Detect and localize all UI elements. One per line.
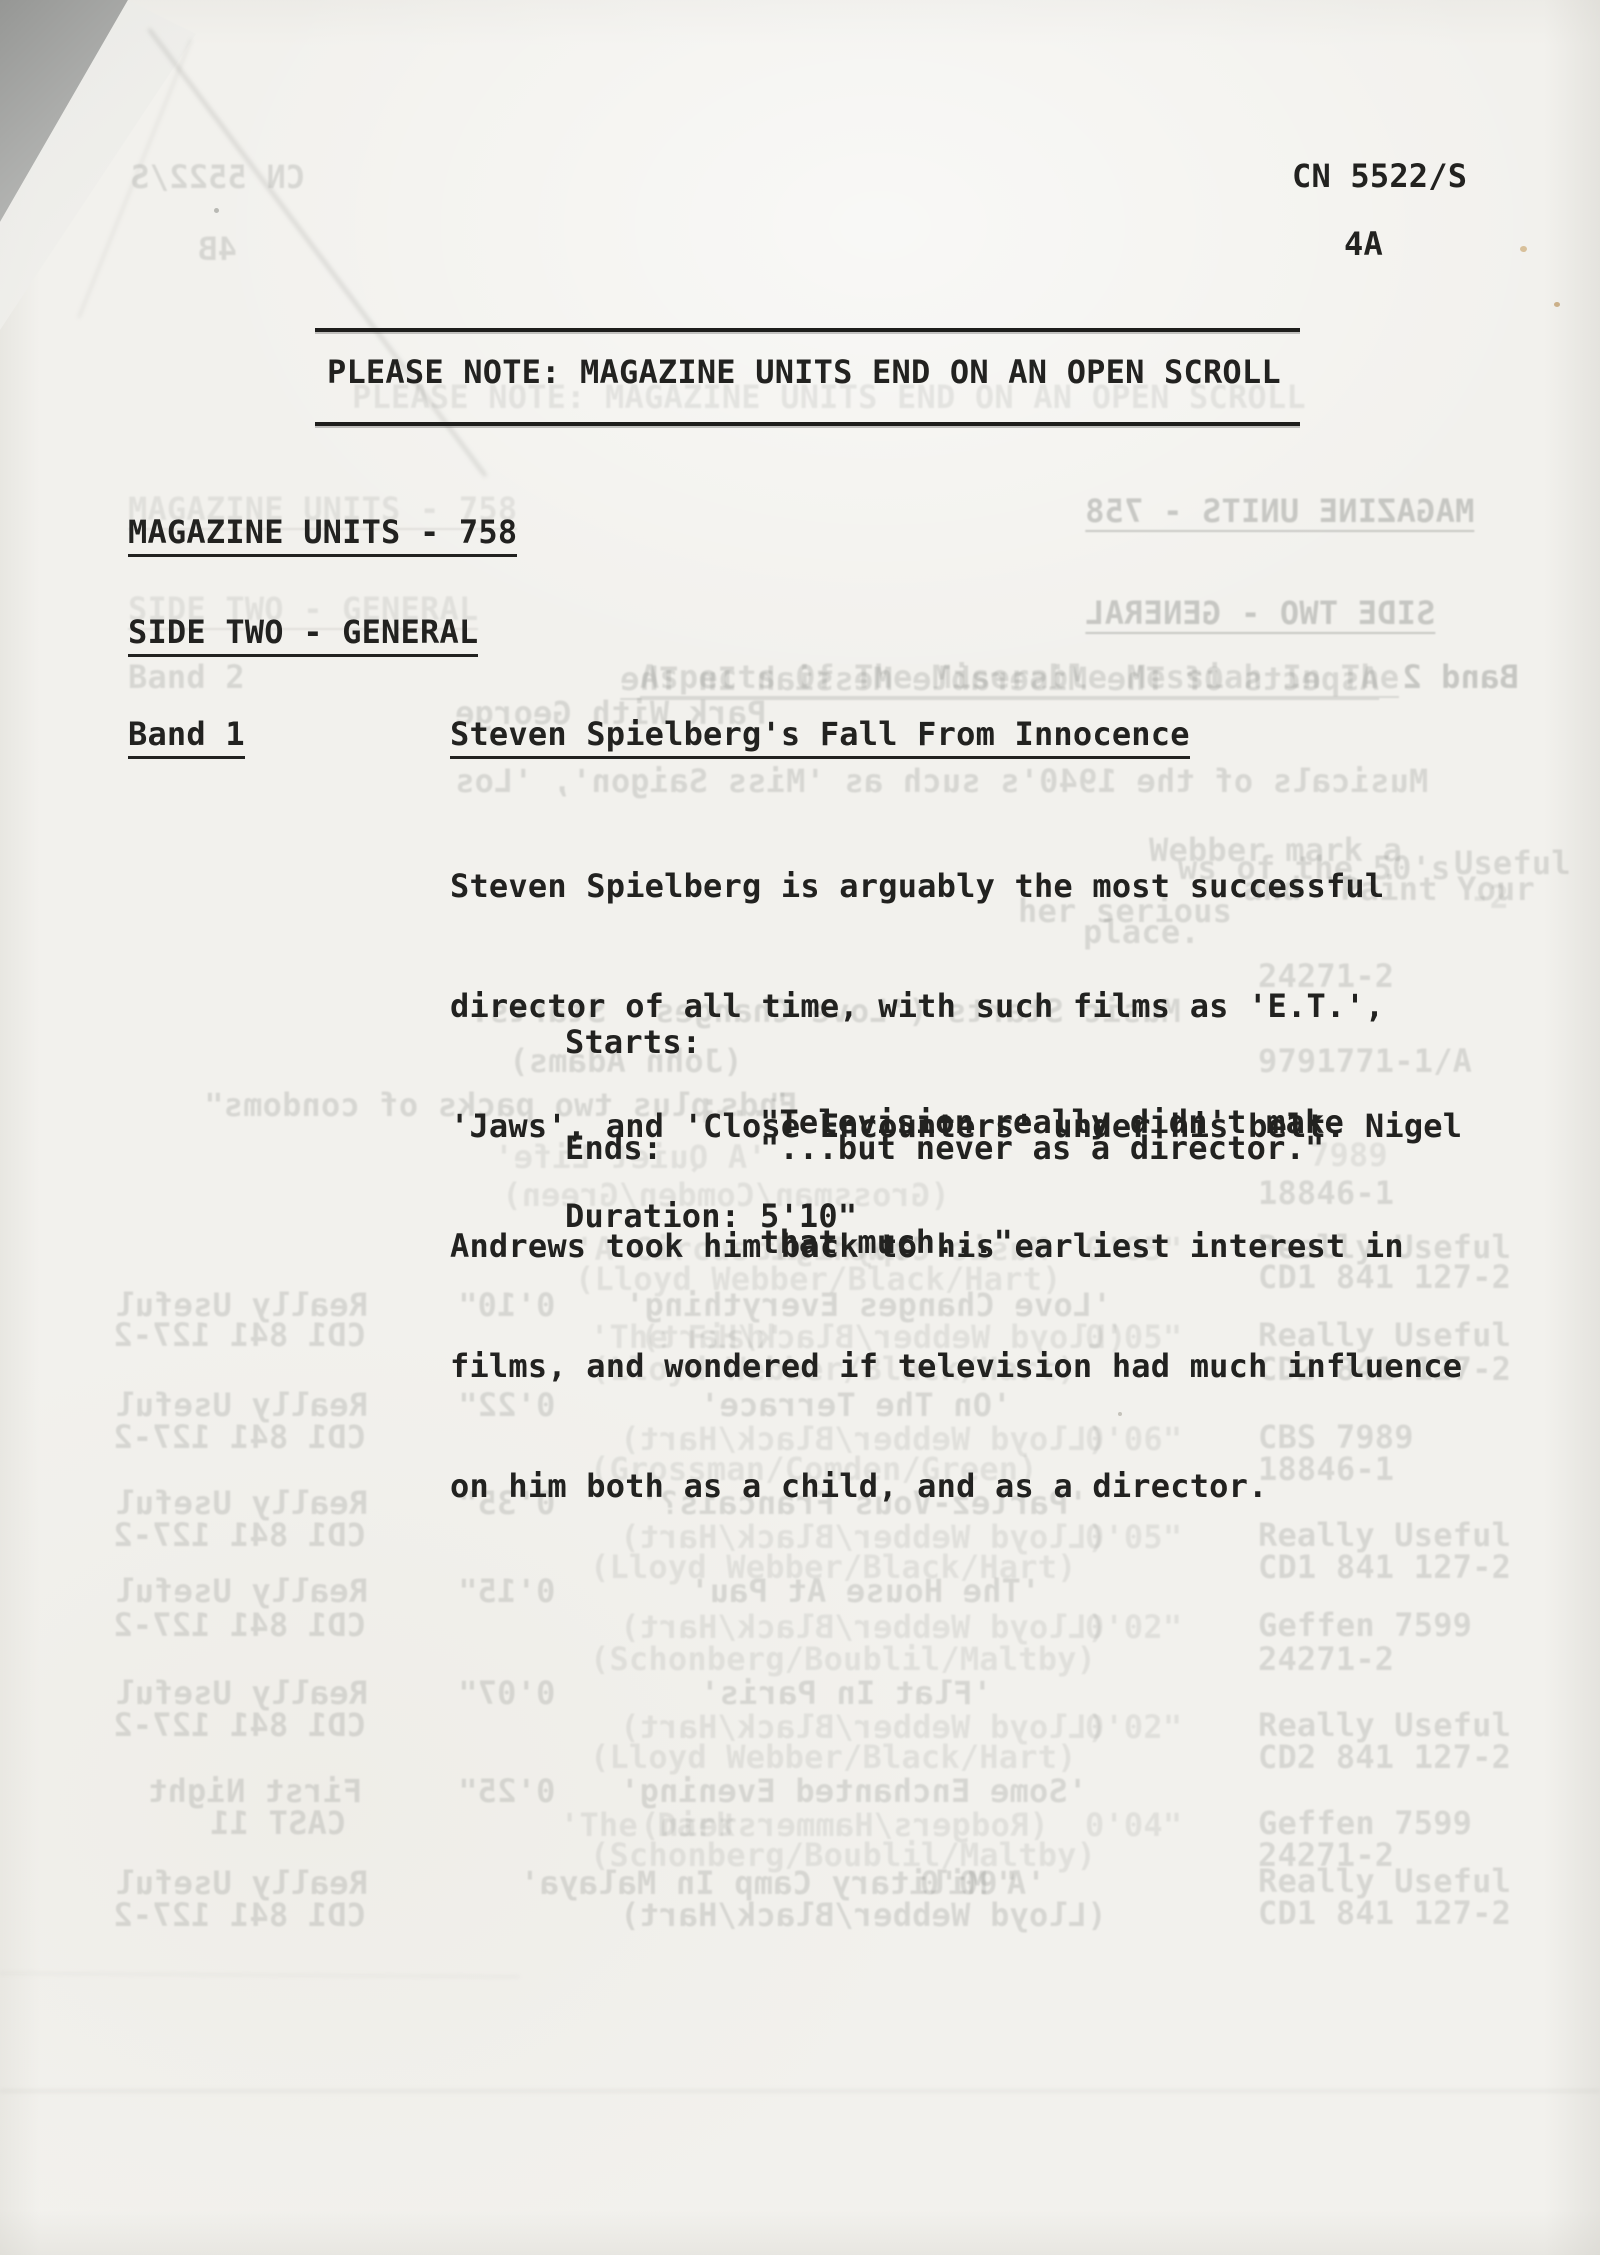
ghost-text: 'Some Enchanted Evening' <box>620 1774 1087 1808</box>
ends-label: Ends: <box>565 1128 662 1168</box>
notice-text: PLEASE NOTE: MAGAZINE UNITS END ON AN OP… <box>327 352 1281 392</box>
ghost-text: Really Useful <box>115 1486 368 1520</box>
ghost-text: Band 2 <box>128 660 245 694</box>
starts-label: Starts: <box>565 1022 701 1062</box>
ghost-text: Really Useful <box>115 1676 368 1710</box>
ghost-text: CD1 841 127-2 <box>113 1518 366 1552</box>
document-title: MAGAZINE UNITS - 758 <box>128 513 517 557</box>
ghost-text: CD1 841 127-2 <box>113 1420 366 1454</box>
ghost-text: (Lloyd Webber/Black/Hart) <box>620 1610 1107 1644</box>
ghost-text: Really Useful <box>115 1574 368 1608</box>
scanned-document-page: { "page": { "paper_color": "#f2f1ed", "i… <box>0 0 1600 2255</box>
crease-line <box>0 2090 1600 2092</box>
ghost-text: 'The House At Pau' <box>690 1574 1040 1608</box>
ghost-text: 0'04" <box>1085 1808 1182 1842</box>
notice-rule-top <box>315 328 1300 332</box>
ghost-text: CAST 11 <box>210 1806 346 1840</box>
paragraph-line: films, and wondered if television had mu… <box>450 1346 1462 1386</box>
ghost-text: SIDE TWO - GENERAL <box>1085 596 1435 634</box>
ghost-text: 24271-2 <box>1258 1642 1394 1676</box>
ghost-text: CD1 841 127-2 <box>113 1318 366 1352</box>
ghost-text: Really Useful <box>115 1388 368 1422</box>
ghost-text: (Lloyd Webber/Black/Hart) <box>590 1740 1077 1774</box>
paragraph-line: Steven Spielberg is arguably the most su… <box>450 866 1462 906</box>
duration-value: 5'10" <box>760 1196 857 1236</box>
document-subtitle: SIDE TWO - GENERAL <box>128 613 478 657</box>
ghost-text: CD1 841 127-2 <box>113 1708 366 1742</box>
ghost-text: Really Useful <box>1258 1708 1511 1742</box>
ghost-text: CD1 841 127-2 <box>1258 1550 1511 1584</box>
ghost-text: CD1 841 127-2 <box>113 1898 366 1932</box>
ghost-text: First Night <box>148 1774 362 1808</box>
ghost-text: Geffen 7599 <box>1258 1806 1472 1840</box>
ghost-text: 0'25" <box>458 1774 555 1808</box>
ghost-text: (Lloyd Webber/Black/Hart) <box>620 1898 1107 1932</box>
notice-rule-bottom <box>315 422 1300 426</box>
ghost-text: 0'02" <box>1085 1710 1182 1744</box>
band-label: Band 1 <box>128 715 245 759</box>
ghost-text: 4B <box>198 232 237 266</box>
ends-value: "...but never as a director." <box>760 1128 1325 1168</box>
ghost-text: (Schonberg/Boublil/Maltby) <box>590 1642 1096 1676</box>
ghost-text: CD1 841 127-2 <box>113 1608 366 1642</box>
ghost-text: 'Flat In Paris' <box>700 1676 992 1710</box>
ghost-text: 0'02" <box>1085 1610 1182 1644</box>
ghost-text: CD2 841 127-2 <box>1258 1740 1511 1774</box>
ghost-text: 0'09" <box>920 1866 1017 1900</box>
crease-line <box>0 1972 520 1978</box>
ghost-text: MAGAZINE UNITS - 758 <box>1085 494 1474 532</box>
duration-label: Duration: <box>565 1196 740 1236</box>
band-title: Steven Spielberg's Fall From Innocence <box>450 715 1190 759</box>
page-number: 4A <box>1344 224 1383 264</box>
ghost-text: 0'07" <box>458 1676 555 1710</box>
ghost-text: Geffen 7599 <box>1258 1608 1472 1642</box>
ghost-text: Really Useful <box>115 1866 368 1900</box>
paper-speck <box>214 208 219 213</box>
paragraph-line: director of all time, with such films as… <box>450 986 1462 1026</box>
paper-speck <box>1520 246 1527 252</box>
paper-speck <box>1554 302 1560 307</box>
reference-number: CN 5522/S <box>1292 156 1467 196</box>
ghost-text: Really Useful <box>1258 1864 1511 1898</box>
ghost-text: CD1 841 127-2 <box>1258 1896 1511 1930</box>
ghost-text: 0'15" <box>458 1574 555 1608</box>
paragraph-line: on him both as a child, and as a directo… <box>450 1466 1462 1506</box>
ghost-text: Band 2 <box>1402 660 1519 694</box>
ghost-text: CN 5522/S <box>130 160 305 194</box>
